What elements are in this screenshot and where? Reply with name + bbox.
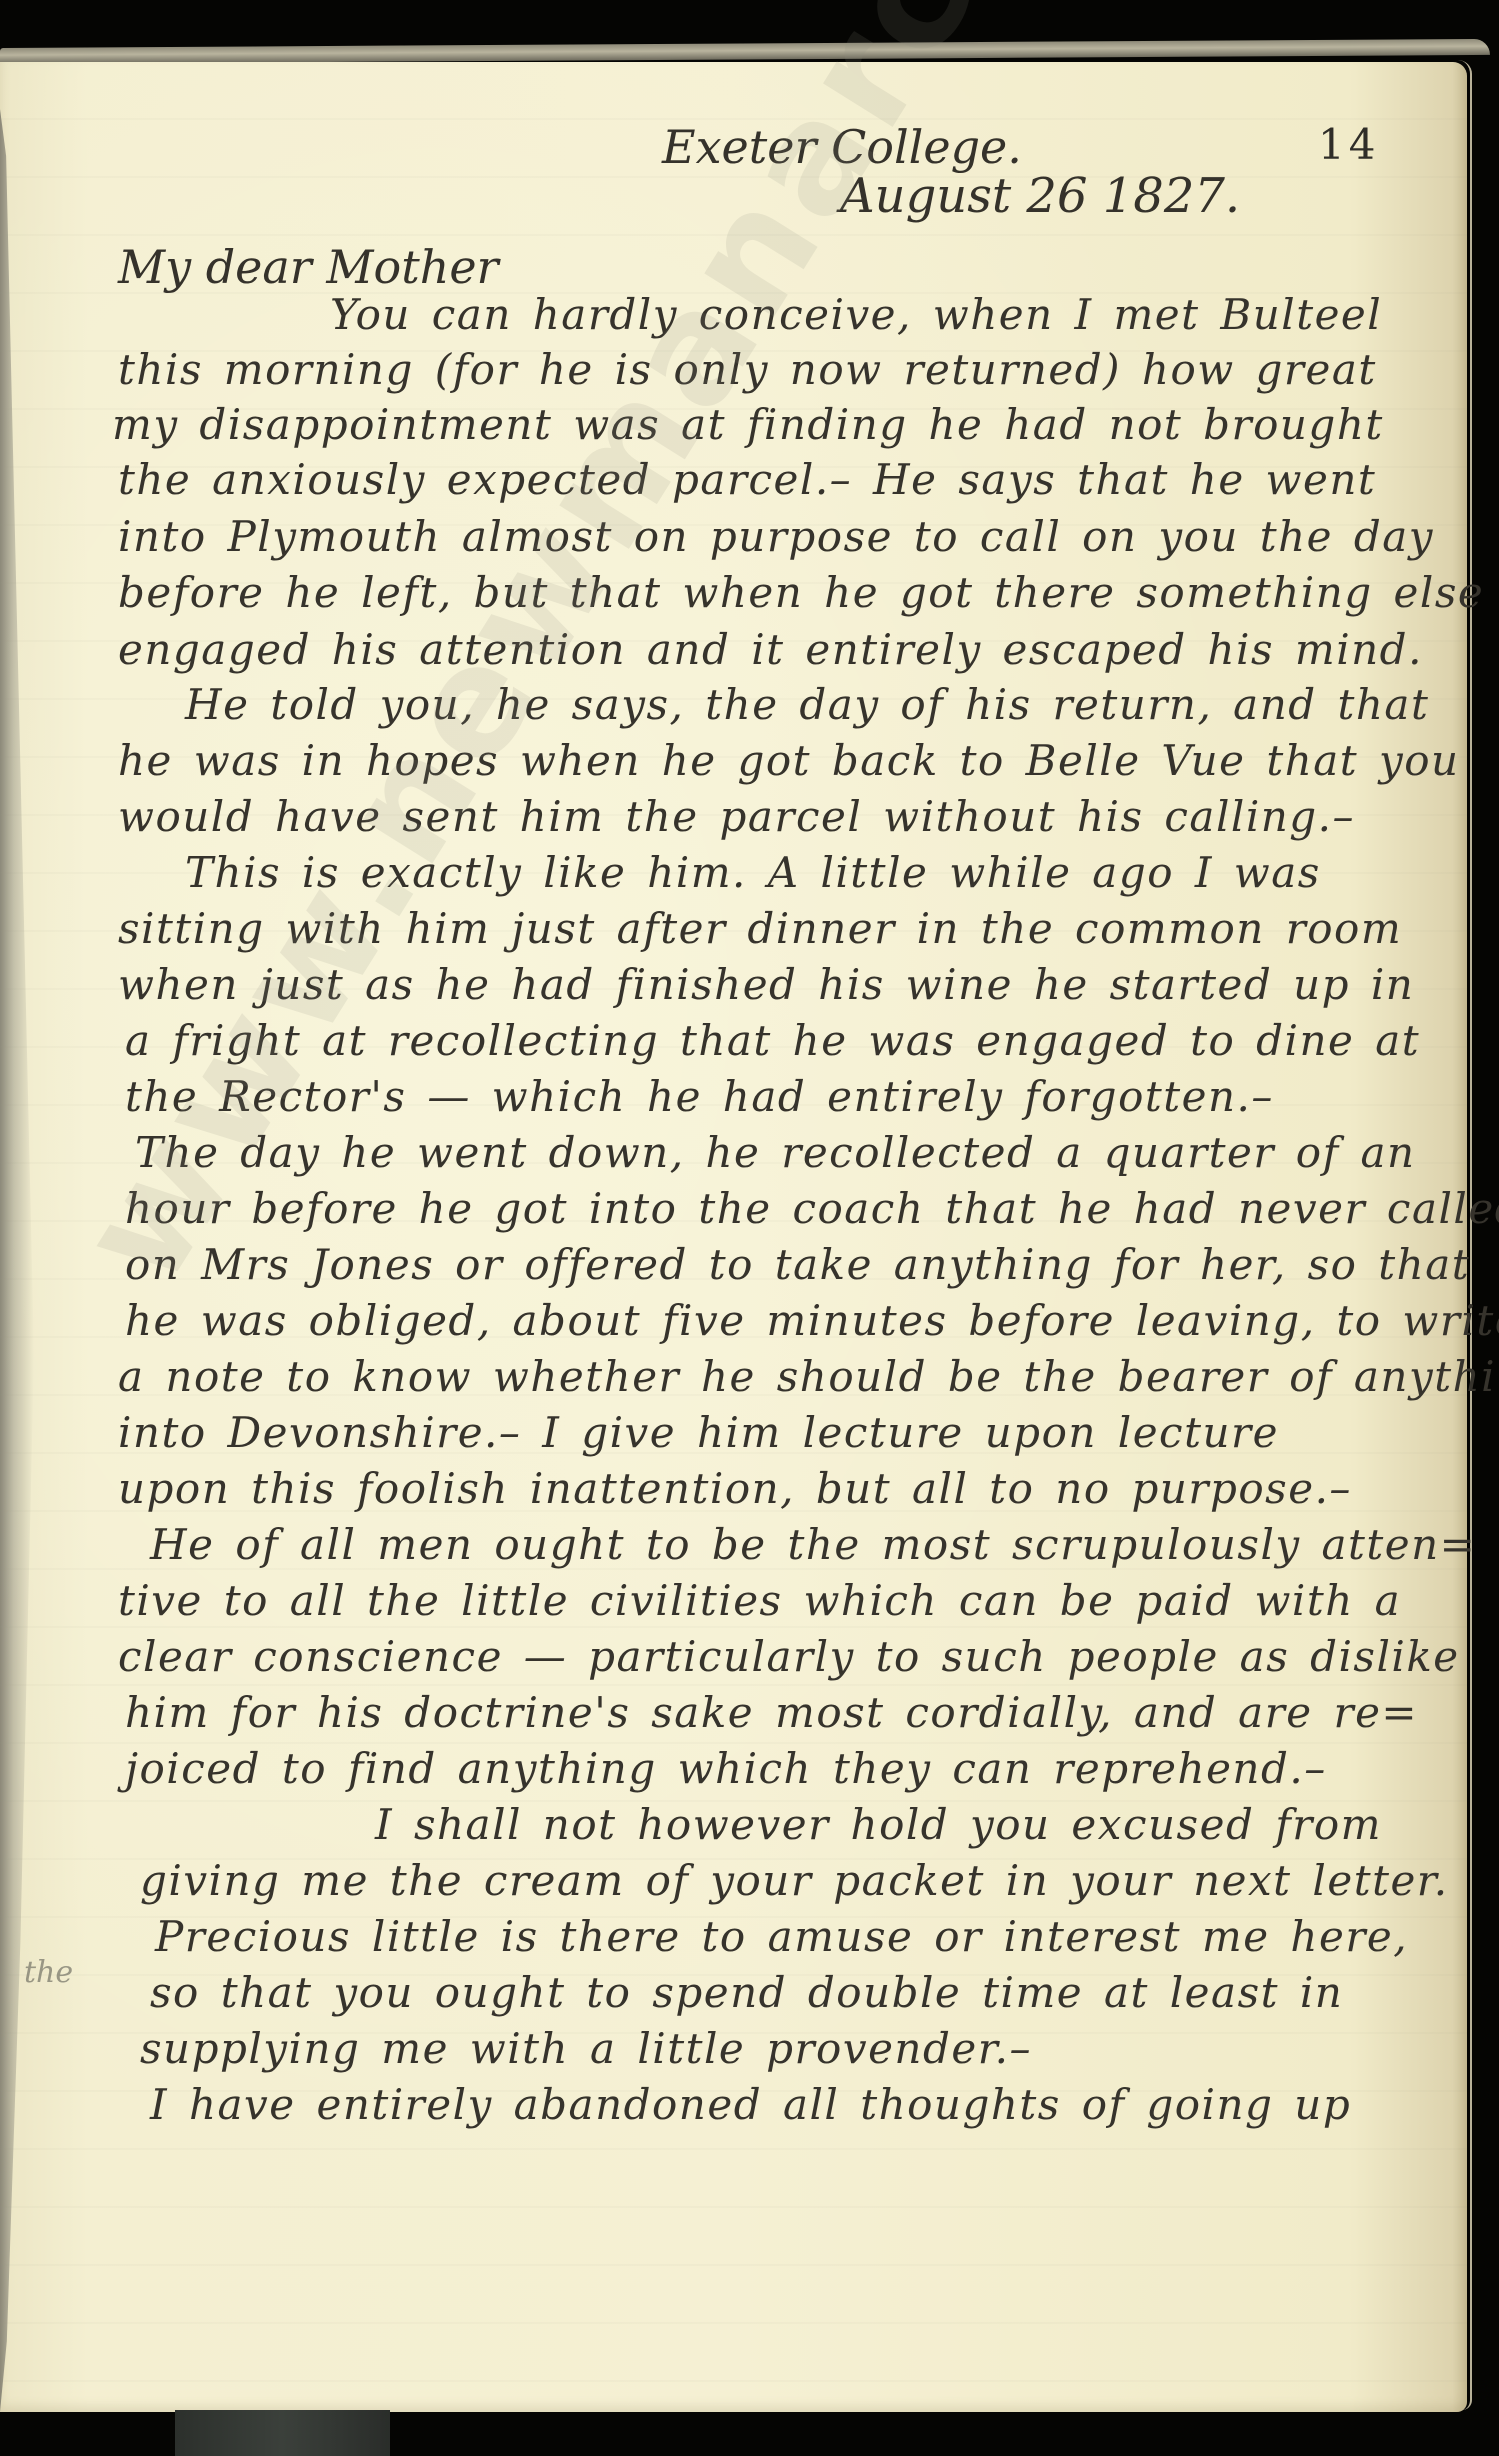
letter-line: my disappointment was at finding he had … xyxy=(112,400,1384,449)
letter-line: joiced to find anything which they can r… xyxy=(125,1744,1327,1793)
letter-line: this morning (for he is only now returne… xyxy=(118,345,1377,394)
letter-line: clear conscience — particularly to such … xyxy=(118,1632,1460,1681)
letter-line: The day he went down, he recollected a q… xyxy=(135,1128,1416,1177)
letter-line: I have entirely abandoned all thoughts o… xyxy=(150,2080,1351,2129)
letter-line: giving me the cream of your packet in yo… xyxy=(140,1856,1449,1905)
letter-line: into Devonshire.– I give him lecture upo… xyxy=(118,1408,1279,1457)
letter-line: would have sent him the parcel without h… xyxy=(118,792,1355,841)
letter-place: Exeter College. xyxy=(662,120,1022,174)
letter-line: the Rector's — which he had entirely for… xyxy=(125,1072,1274,1121)
letter-line: He of all men ought to be the most scrup… xyxy=(150,1520,1476,1569)
letter-line: upon this foolish inattention, but all t… xyxy=(118,1464,1352,1513)
letter-line: a note to know whether he should be the … xyxy=(118,1352,1499,1401)
letter-line: he was in hopes when he got back to Bell… xyxy=(118,736,1460,785)
letter-line: I shall not however hold you excused fro… xyxy=(375,1800,1382,1849)
letter-line: a fright at recollecting that he was eng… xyxy=(125,1016,1420,1065)
letter-line: before he left, but that when he got the… xyxy=(118,568,1484,617)
page-number: 14 xyxy=(1318,120,1379,169)
letter-line: tive to all the little civilities which … xyxy=(118,1576,1401,1625)
letter-line: Precious little is there to amuse or int… xyxy=(155,1912,1408,1961)
letter-line: hour before he got into the coach that h… xyxy=(125,1184,1499,1233)
letter-line: so that you ought to spend double time a… xyxy=(150,1968,1343,2017)
letter-line: him for his doctrine's sake most cordial… xyxy=(125,1688,1418,1737)
letter-line: when just as he had finished his wine he… xyxy=(118,960,1414,1009)
letter-salutation: My dear Mother xyxy=(118,240,499,294)
letter-line: the anxiously expected parcel.– He says … xyxy=(118,455,1376,504)
letter-line: he was obliged, about five minutes befor… xyxy=(125,1296,1499,1345)
letter-date: August 26 1827. xyxy=(840,168,1240,224)
letter-line: supplying me with a little provender.– xyxy=(140,2024,1032,2073)
margin-annotation: the xyxy=(24,1955,73,1990)
letter-line: sitting with him just after dinner in th… xyxy=(118,904,1402,953)
binding-gutter-shadow xyxy=(0,62,34,2412)
letter-line: This is exactly like him. A little while… xyxy=(185,848,1321,897)
letter-line: into Plymouth almost on purpose to call … xyxy=(118,512,1434,561)
page-stack-edge xyxy=(0,39,1490,64)
bookmark-tab xyxy=(175,2410,390,2456)
letter-line: You can hardly conceive, when I met Bult… xyxy=(330,290,1382,339)
letter-line: engaged his attention and it entirely es… xyxy=(118,625,1423,674)
letter-line: He told you, he says, the day of his ret… xyxy=(185,680,1429,729)
letter-line: on Mrs Jones or offered to take anything… xyxy=(125,1240,1470,1289)
